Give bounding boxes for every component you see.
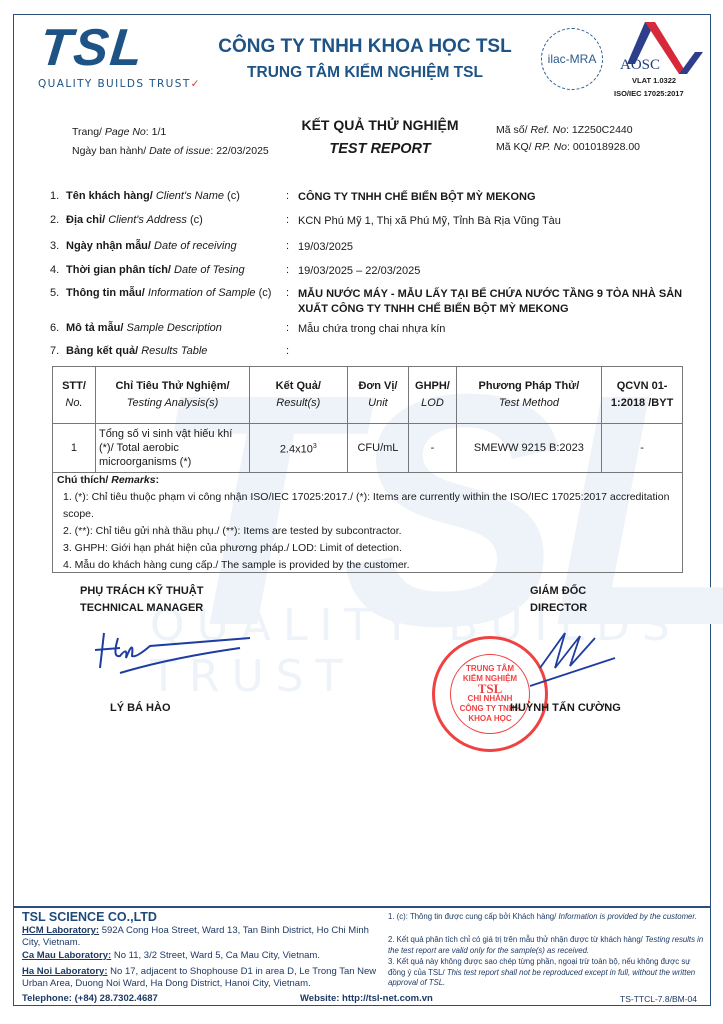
technical-manager-name: LÝ BÁ HÀO [110,702,171,714]
col-result: Kết Quả/Result(s) [250,367,347,424]
director-signature-icon [470,628,620,688]
info-client-address: 2. Địa chỉ/ Client's Address (c) : KCN P… [50,214,690,229]
rp-no: Mã KQ/ RP. No: 001018928.00 [496,141,640,153]
director-name: HUỲNH TẤN CƯỜNG [510,702,621,714]
iso-badge: ISO/IEC 17025:2017 [614,89,684,98]
tsl-logo: TSL [37,18,148,78]
footer-telephone: Telephone: (+84) 28.7302.4687 [22,993,158,1004]
col-analysis: Chỉ Tiêu Thử Nghiệm/Testing Analysis(s) [95,367,249,424]
col-method: Phương Pháp Thử/Test Method [456,367,602,424]
technical-manager-signature-icon [90,628,260,678]
info-results-table: 7. Bảng kết quả/ Results Table : [50,345,690,357]
report-title-en: TEST REPORT [290,141,470,157]
ref-no: Mã số/ Ref. No: 1Z250C2440 [496,124,633,136]
table-header-row: STT/No. Chỉ Tiêu Thử Nghiệm/Testing Anal… [53,367,683,424]
info-date-testing: 4. Thời gian phân tích/ Date of Tesing :… [50,264,690,279]
footer-note: 1. (c): Thông tin được cung cấp bởi Khác… [388,912,706,923]
footer-divider [14,906,710,908]
col-lod: GHPH/LOD [409,367,456,424]
results-table: STT/No. Chỉ Tiêu Thử Nghiệm/Testing Anal… [52,366,683,473]
ilac-mra-logo: ilac-MRA [541,28,603,90]
info-date-receiving: 3. Ngày nhận mẫu/ Date of receiving : 19… [50,240,690,255]
ilac-text: ilac-MRA [548,52,597,66]
footer-website: Website: http://tsl-net.com.vn [300,993,433,1004]
footer-form-code: TS-TTCL-7.8/BM-04 [620,994,697,1004]
date-of-issue: Ngày ban hành/ Date of issue: 22/03/2025 [72,145,269,157]
center-name: TRUNG TÂM KIỂM NGHIỆM TSL [205,64,525,82]
remark-item: 3. GHPH: Giới hạn phát hiện của phương p… [57,540,678,557]
check-icon: ✓ [191,78,201,90]
footer-hcm-lab: HCM Laboratory: 592A Cong Hoa Street, Wa… [22,925,382,949]
remark-item: 2. (**): Chỉ tiêu gửi nhà thầu phụ./ (**… [57,523,678,540]
col-no: STT/No. [53,367,96,424]
technical-manager-title: PHỤ TRÁCH KỸ THUẬT TECHNICAL MANAGER [80,583,203,617]
footer-note: 2. Kết quả phân tích chỉ có giá trị trên… [388,935,706,956]
remark-item: 4. Mẫu do khách hàng cung cấp./ The samp… [57,557,678,574]
col-unit: Đơn Vị/Unit [347,367,409,424]
footer-company: TSL SCIENCE CO.,LTD [22,910,157,924]
footer-camau-lab: Ca Mau Laboratory: No 11, 3/2 Street, Wa… [22,950,382,962]
remarks-box: Chú thích/ Remarks: 1. (*): Chỉ tiêu thu… [52,469,683,573]
col-qcvn: QCVN 01-1:2018 /BYT [602,367,683,424]
director-title: GIÁM ĐỐC DIRECTOR [530,583,587,617]
company-name: CÔNG TY TNHH KHOA HỌC TSL [205,36,525,58]
info-sample-description: 6. Mô tả mẫu/ Sample Description : Mẫu c… [50,322,690,337]
tagline-text: QUALITY BUILDS TRUST [38,78,191,90]
table-row: 1 Tổng số vi sinh vật hiếu khí (*)/ Tota… [53,424,683,473]
page-no: Trang/ Page No: 1/1 [72,126,166,138]
remark-item: 1. (*): Chỉ tiêu thuộc phạm vi công nhận… [57,489,678,523]
aosc-text: AOSC [620,57,660,74]
remarks-title: Chú thích/ Remarks: [57,472,678,489]
footer-note: 3. Kết quả này không được sao chép từng … [388,957,706,989]
info-sample-information: 5. Thông tin mẫu/ Information of Sample … [50,287,690,317]
vlat-code: VLAT 1.0322 [632,76,676,85]
footer-hanoi-lab: Ha Noi Laboratory: No 17, adjacent to Sh… [22,966,382,990]
report-title-vi: KẾT QUẢ THỬ NGHIỆM [290,117,470,133]
info-client-name: 1. Tên khách hàng/ Client's Name (c) : C… [50,190,690,205]
logo-tagline: QUALITY BUILDS TRUST✓ [38,78,201,90]
